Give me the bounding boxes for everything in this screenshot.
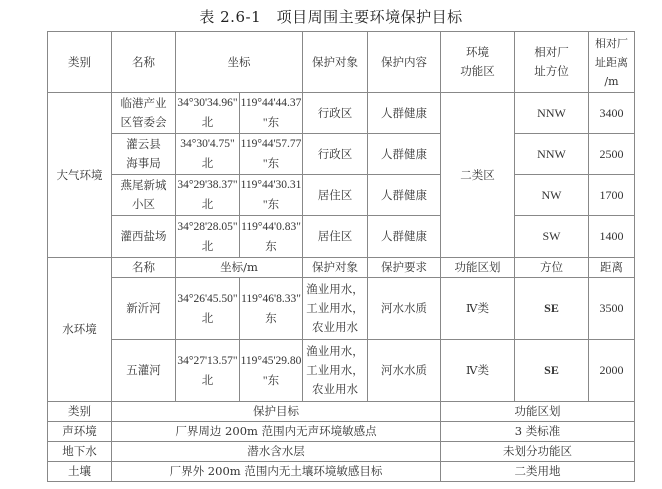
water-object: 渔业用水，工业用水，农业用水: [303, 278, 368, 340]
other-category: 地下水: [48, 442, 112, 462]
water-requirement: 河水水质: [368, 278, 441, 340]
water-function-zone: Ⅳ类: [441, 340, 515, 402]
header-protect-object: 保护对象: [303, 32, 368, 93]
water-subheader-coordinates: 坐标/m: [176, 258, 303, 278]
water-distance: 2000: [589, 340, 635, 402]
table-row: 灌西盐场 34°28'28.05"北 119°44'0.83"东 居住区 人群健…: [48, 216, 635, 258]
air-longitude: 119°44'0.83"东: [240, 216, 303, 258]
other-header-target: 保护目标: [112, 402, 441, 422]
air-latitude: 34°28'28.05"北: [176, 216, 240, 258]
water-subheader-function-zone: 功能区划: [441, 258, 515, 278]
air-content: 人群健康: [368, 134, 441, 175]
air-direction: NNW: [515, 93, 589, 134]
air-function-zone: 二类区: [441, 93, 515, 258]
air-content: 人群健康: [368, 175, 441, 216]
air-name: 灌西盐场: [112, 216, 176, 258]
water-object: 渔业用水，工业用水，农业用水: [303, 340, 368, 402]
air-latitude: 34°30'4.75"北: [176, 134, 240, 175]
other-category: 声环境: [48, 422, 112, 442]
water-requirement: 河水水质: [368, 340, 441, 402]
water-subheader-requirement: 保护要求: [368, 258, 441, 278]
header-name: 名称: [112, 32, 176, 93]
air-distance: 1700: [589, 175, 635, 216]
air-longitude: 119°44'30.31"东: [240, 175, 303, 216]
air-object: 行政区: [303, 134, 368, 175]
header-protect-content: 保护内容: [368, 32, 441, 93]
water-subheader-row: 水环境 名称 坐标/m 保护对象 保护要求 功能区划 方位 距离: [48, 258, 635, 278]
air-name: 灌云县海事局: [112, 134, 176, 175]
water-direction: SE: [515, 278, 589, 340]
header-row: 类别 名称 坐标 保护对象 保护内容 环境 功能区 相对厂 址方位 相对厂 址距…: [48, 32, 635, 93]
table-row: 声环境 厂界周边 200m 范围内无声环境敏感点 3 类标准: [48, 422, 635, 442]
air-name: 燕尾新城小区: [112, 175, 176, 216]
table-row: 燕尾新城小区 34°29'38.37"北 119°44'30.31"东 居住区 …: [48, 175, 635, 216]
water-subheader-direction: 方位: [515, 258, 589, 278]
air-name: 临港产业区管委会: [112, 93, 176, 134]
air-direction: NNW: [515, 134, 589, 175]
air-longitude: 119°44'57.77"东: [240, 134, 303, 175]
air-distance: 1400: [589, 216, 635, 258]
water-subheader-distance: 距离: [589, 258, 635, 278]
water-longitude: 119°45'29.80"东: [240, 340, 303, 402]
air-distance: 3400: [589, 93, 635, 134]
other-target: 厂界周边 200m 范围内无声环境敏感点: [112, 422, 441, 442]
header-env-function: 环境 功能区: [441, 32, 515, 93]
water-latitude: 34°26'45.50"北: [176, 278, 240, 340]
environmental-protection-targets-table: 类别 名称 坐标 保护对象 保护内容 环境 功能区 相对厂 址方位 相对厂 址距…: [47, 31, 635, 482]
air-longitude: 119°44'44.37"东: [240, 93, 303, 134]
water-name: 新沂河: [112, 278, 176, 340]
header-coordinates: 坐标: [176, 32, 303, 93]
water-distance: 3500: [589, 278, 635, 340]
air-object: 居住区: [303, 216, 368, 258]
other-function-zone: 未划分功能区: [441, 442, 635, 462]
water-category: 水环境: [48, 258, 112, 402]
water-direction: SE: [515, 340, 589, 402]
air-content: 人群健康: [368, 93, 441, 134]
table-title: 表 2.6-1 项目周围主要环境保护目标: [0, 6, 662, 27]
other-header-category: 类别: [48, 402, 112, 422]
air-category: 大气环境: [48, 93, 112, 258]
table-row: 五灌河 34°27'13.57"北 119°45'29.80"东 渔业用水，工业…: [48, 340, 635, 402]
other-header-function-zone: 功能区划: [441, 402, 635, 422]
other-category: 土壤: [48, 462, 112, 482]
water-function-zone: Ⅳ类: [441, 278, 515, 340]
air-latitude: 34°29'38.37"北: [176, 175, 240, 216]
water-longitude: 119°46'8.33"东: [240, 278, 303, 340]
table-row: 大气环境 临港产业区管委会 34°30'34.96"北 119°44'44.37…: [48, 93, 635, 134]
table-row: 新沂河 34°26'45.50"北 119°46'8.33"东 渔业用水，工业用…: [48, 278, 635, 340]
header-category: 类别: [48, 32, 112, 93]
water-name: 五灌河: [112, 340, 176, 402]
table-row: 灌云县海事局 34°30'4.75"北 119°44'57.77"东 行政区 人…: [48, 134, 635, 175]
air-direction: SW: [515, 216, 589, 258]
air-direction: NW: [515, 175, 589, 216]
table-row: 土壤 厂界外 200m 范围内无土壤环境敏感目标 二类用地: [48, 462, 635, 482]
air-object: 居住区: [303, 175, 368, 216]
other-target: 潜水含水层: [112, 442, 441, 462]
other-header-row: 类别 保护目标 功能区划: [48, 402, 635, 422]
header-direction: 相对厂 址方位: [515, 32, 589, 93]
header-distance: 相对厂 址距离 /m: [589, 32, 635, 93]
air-latitude: 34°30'34.96"北: [176, 93, 240, 134]
water-latitude: 34°27'13.57"北: [176, 340, 240, 402]
other-target: 厂界外 200m 范围内无土壤环境敏感目标: [112, 462, 441, 482]
air-object: 行政区: [303, 93, 368, 134]
other-function-zone: 3 类标准: [441, 422, 635, 442]
air-distance: 2500: [589, 134, 635, 175]
other-function-zone: 二类用地: [441, 462, 635, 482]
water-subheader-name: 名称: [112, 258, 176, 278]
water-subheader-object: 保护对象: [303, 258, 368, 278]
table-row: 地下水 潜水含水层 未划分功能区: [48, 442, 635, 462]
air-content: 人群健康: [368, 216, 441, 258]
